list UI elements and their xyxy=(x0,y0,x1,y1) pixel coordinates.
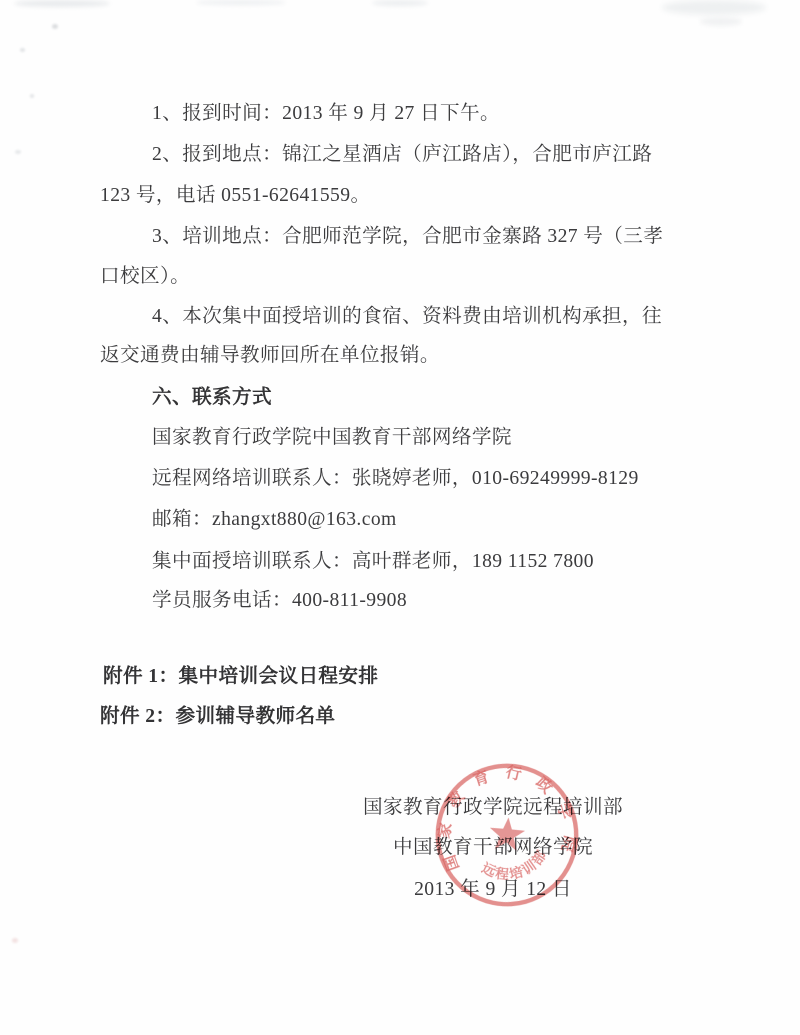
body-line-registration-place-cont: 123 号，电话 0551-62641559。 xyxy=(100,185,370,207)
scan-smudge xyxy=(662,0,766,15)
official-seal: 国家教育行政学院 远程培训部 xyxy=(417,745,598,926)
scan-speck xyxy=(12,938,18,943)
body-line-onsite-contact: 集中面授培训联系人：高叶群老师，189 1152 7800 xyxy=(152,551,594,573)
scan-speck xyxy=(20,48,25,52)
seal-star-icon xyxy=(488,816,526,852)
body-line-email: 邮箱：zhangxt880@163.com xyxy=(152,509,397,531)
body-line-service-phone: 学员服务电话：400-811-9908 xyxy=(152,590,407,612)
scan-smudge xyxy=(372,0,428,6)
scan-speck xyxy=(30,94,34,98)
body-line-organization: 国家教育行政学院中国教育干部网络学院 xyxy=(152,427,512,449)
scan-smudge xyxy=(14,0,110,7)
attachment-1: 附件 1：集中培训会议日程安排 xyxy=(103,666,378,688)
seal-bottom-text: 远程培训部 xyxy=(476,844,553,888)
scan-smudge xyxy=(700,17,742,26)
scanned-document-page: 1、报到时间：2013 年 9 月 27 日下午。 2、报到地点：锦江之星酒店（… xyxy=(0,0,800,1035)
body-line-expenses-cont: 返交通费由辅导教师回所在单位报销。 xyxy=(100,345,440,367)
scan-speck xyxy=(15,150,21,154)
official-seal-graphic: 国家教育行政学院 远程培训部 xyxy=(417,745,598,926)
scan-smudge xyxy=(196,0,286,5)
scan-speck xyxy=(52,24,58,29)
body-line-expenses: 4、本次集中面授培训的食宿、资料费由培训机构承担，往 xyxy=(152,306,662,328)
section-heading-contact: 六、联系方式 xyxy=(152,387,272,409)
body-line-registration-place: 2、报到地点：锦江之星酒店（庐江路店），合肥市庐江路 xyxy=(152,144,652,166)
body-line-training-place: 3、培训地点：合肥师范学院，合肥市金寨路 327 号（三孝 xyxy=(152,226,663,248)
attachment-2: 附件 2：参训辅导教师名单 xyxy=(100,706,335,728)
body-line-remote-contact: 远程网络培训联系人：张晓婷老师，010-69249999-8129 xyxy=(152,468,639,490)
body-line-registration-time: 1、报到时间：2013 年 9 月 27 日下午。 xyxy=(152,103,500,125)
body-line-training-place-cont: 口校区）。 xyxy=(100,266,190,288)
